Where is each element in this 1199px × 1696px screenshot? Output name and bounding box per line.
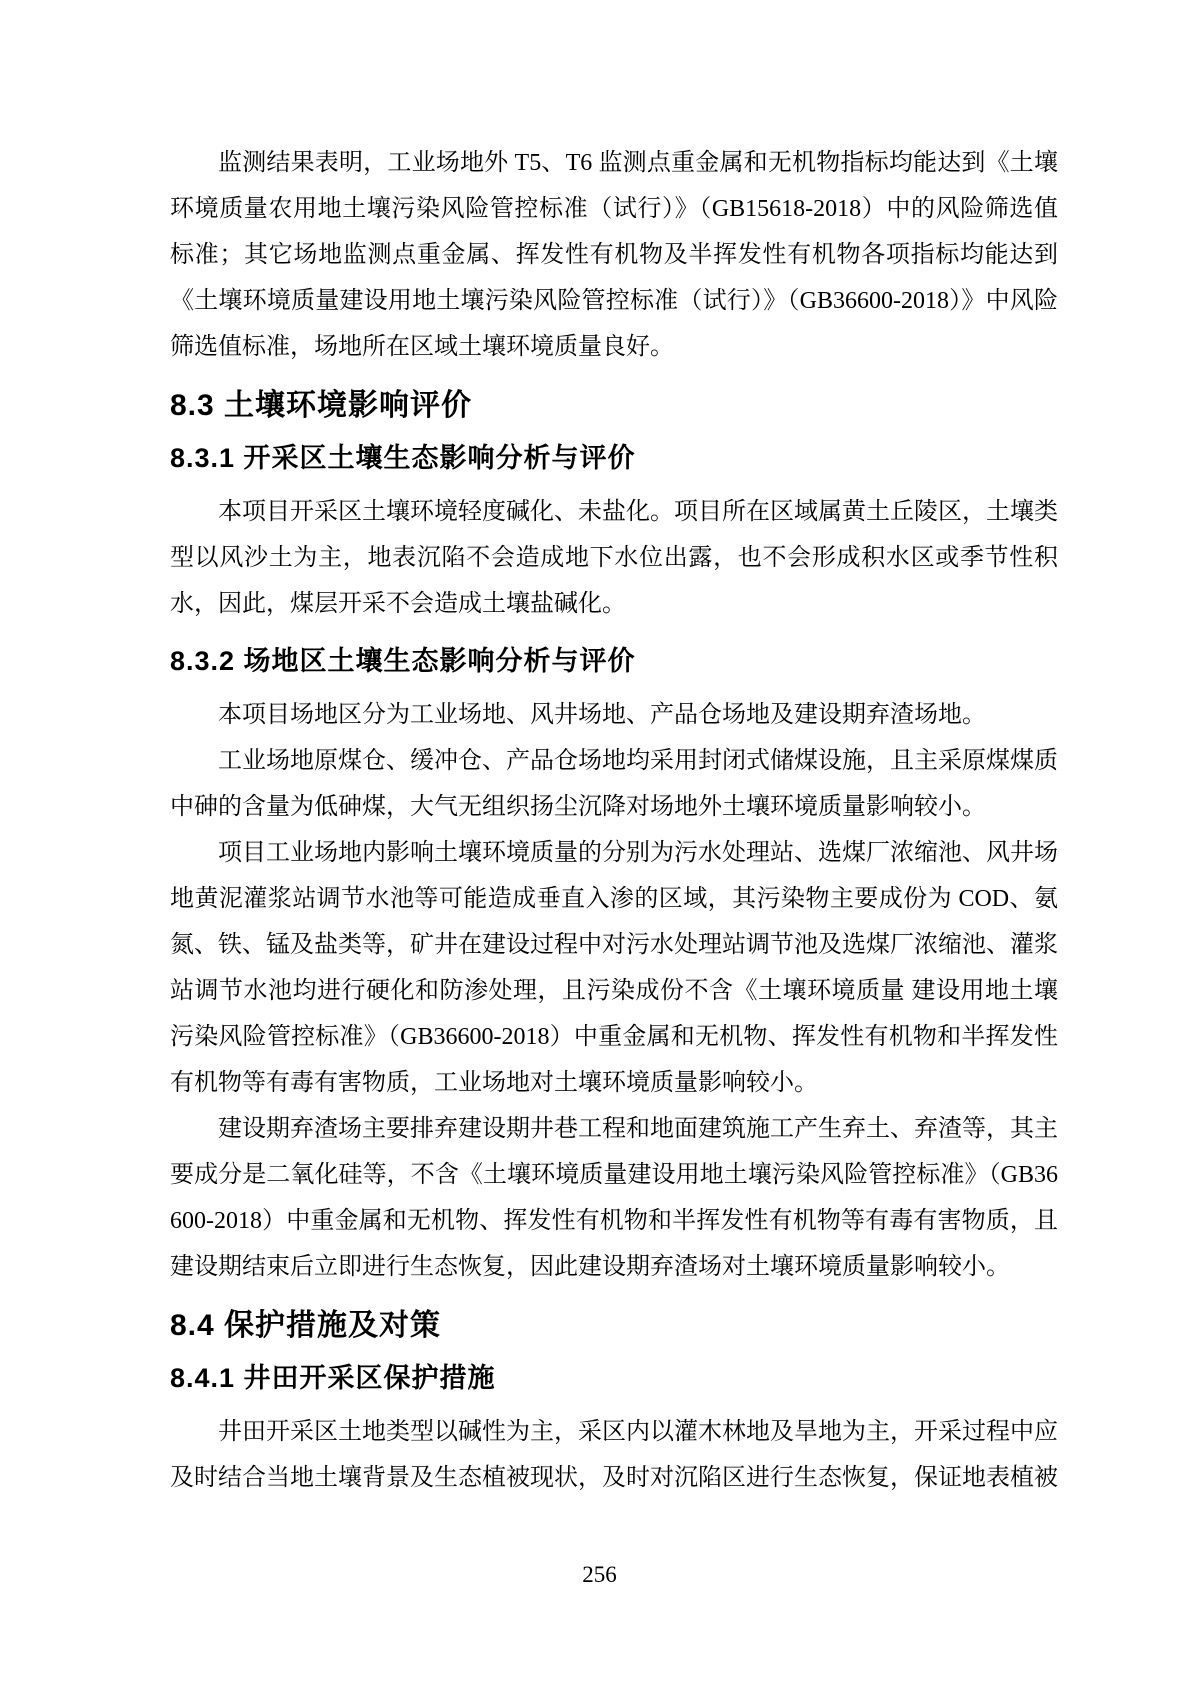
page-number: 256 [0, 1558, 1199, 1592]
paragraph-mining-area-soil: 本项目开采区土壤环境轻度碱化、未盐化。项目所在区域属黄土丘陵区，土壤类型以风沙土… [170, 489, 1058, 627]
heading-8-3-2-site-area-analysis: 8.3.2 场地区土壤生态影响分析与评价 [170, 645, 1058, 678]
heading-8-4-protection-measures: 8.4 保护措施及对策 [170, 1308, 1058, 1344]
paragraph-monitoring-results: 监测结果表明，工业场地外 T5、T6 监测点重金属和无机物指标均能达到《土壤环境… [170, 140, 1058, 370]
heading-8-4-1-minefield-protection: 8.4.1 井田开采区保护措施 [170, 1362, 1058, 1395]
report-page: 监测结果表明，工业场地外 T5、T6 监测点重金属和无机物指标均能达到《土壤环境… [0, 0, 1199, 1696]
heading-8-3-1-mining-area-analysis: 8.3.1 开采区土壤生态影响分析与评价 [170, 442, 1058, 475]
paragraph-minefield-protection-measures: 井田开采区土地类型以碱性为主，采区内以灌木林地及旱地为主，开采过程中应及时结合当… [170, 1409, 1058, 1501]
paragraph-industrial-site-pollution-sources: 项目工业场地内影响土壤环境质量的分别为污水处理站、选煤厂浓缩池、风井场地黄泥灌浆… [170, 830, 1058, 1106]
paragraph-site-area-division: 本项目场地区分为工业场地、风井场地、产品仓场地及建设期弃渣场地。 [170, 692, 1058, 738]
paragraph-construction-spoil-site: 建设期弃渣场主要排弃建设期井巷工程和地面建筑施工产生弃土、弃渣等，其主要成分是二… [170, 1106, 1058, 1290]
heading-8-3-soil-environment-impact: 8.3 土壤环境影响评价 [170, 388, 1058, 424]
paragraph-industrial-site-coal-storage: 工业场地原煤仓、缓冲仓、产品仓场地均采用封闭式储煤设施，且主采原煤煤质中砷的含量… [170, 738, 1058, 830]
